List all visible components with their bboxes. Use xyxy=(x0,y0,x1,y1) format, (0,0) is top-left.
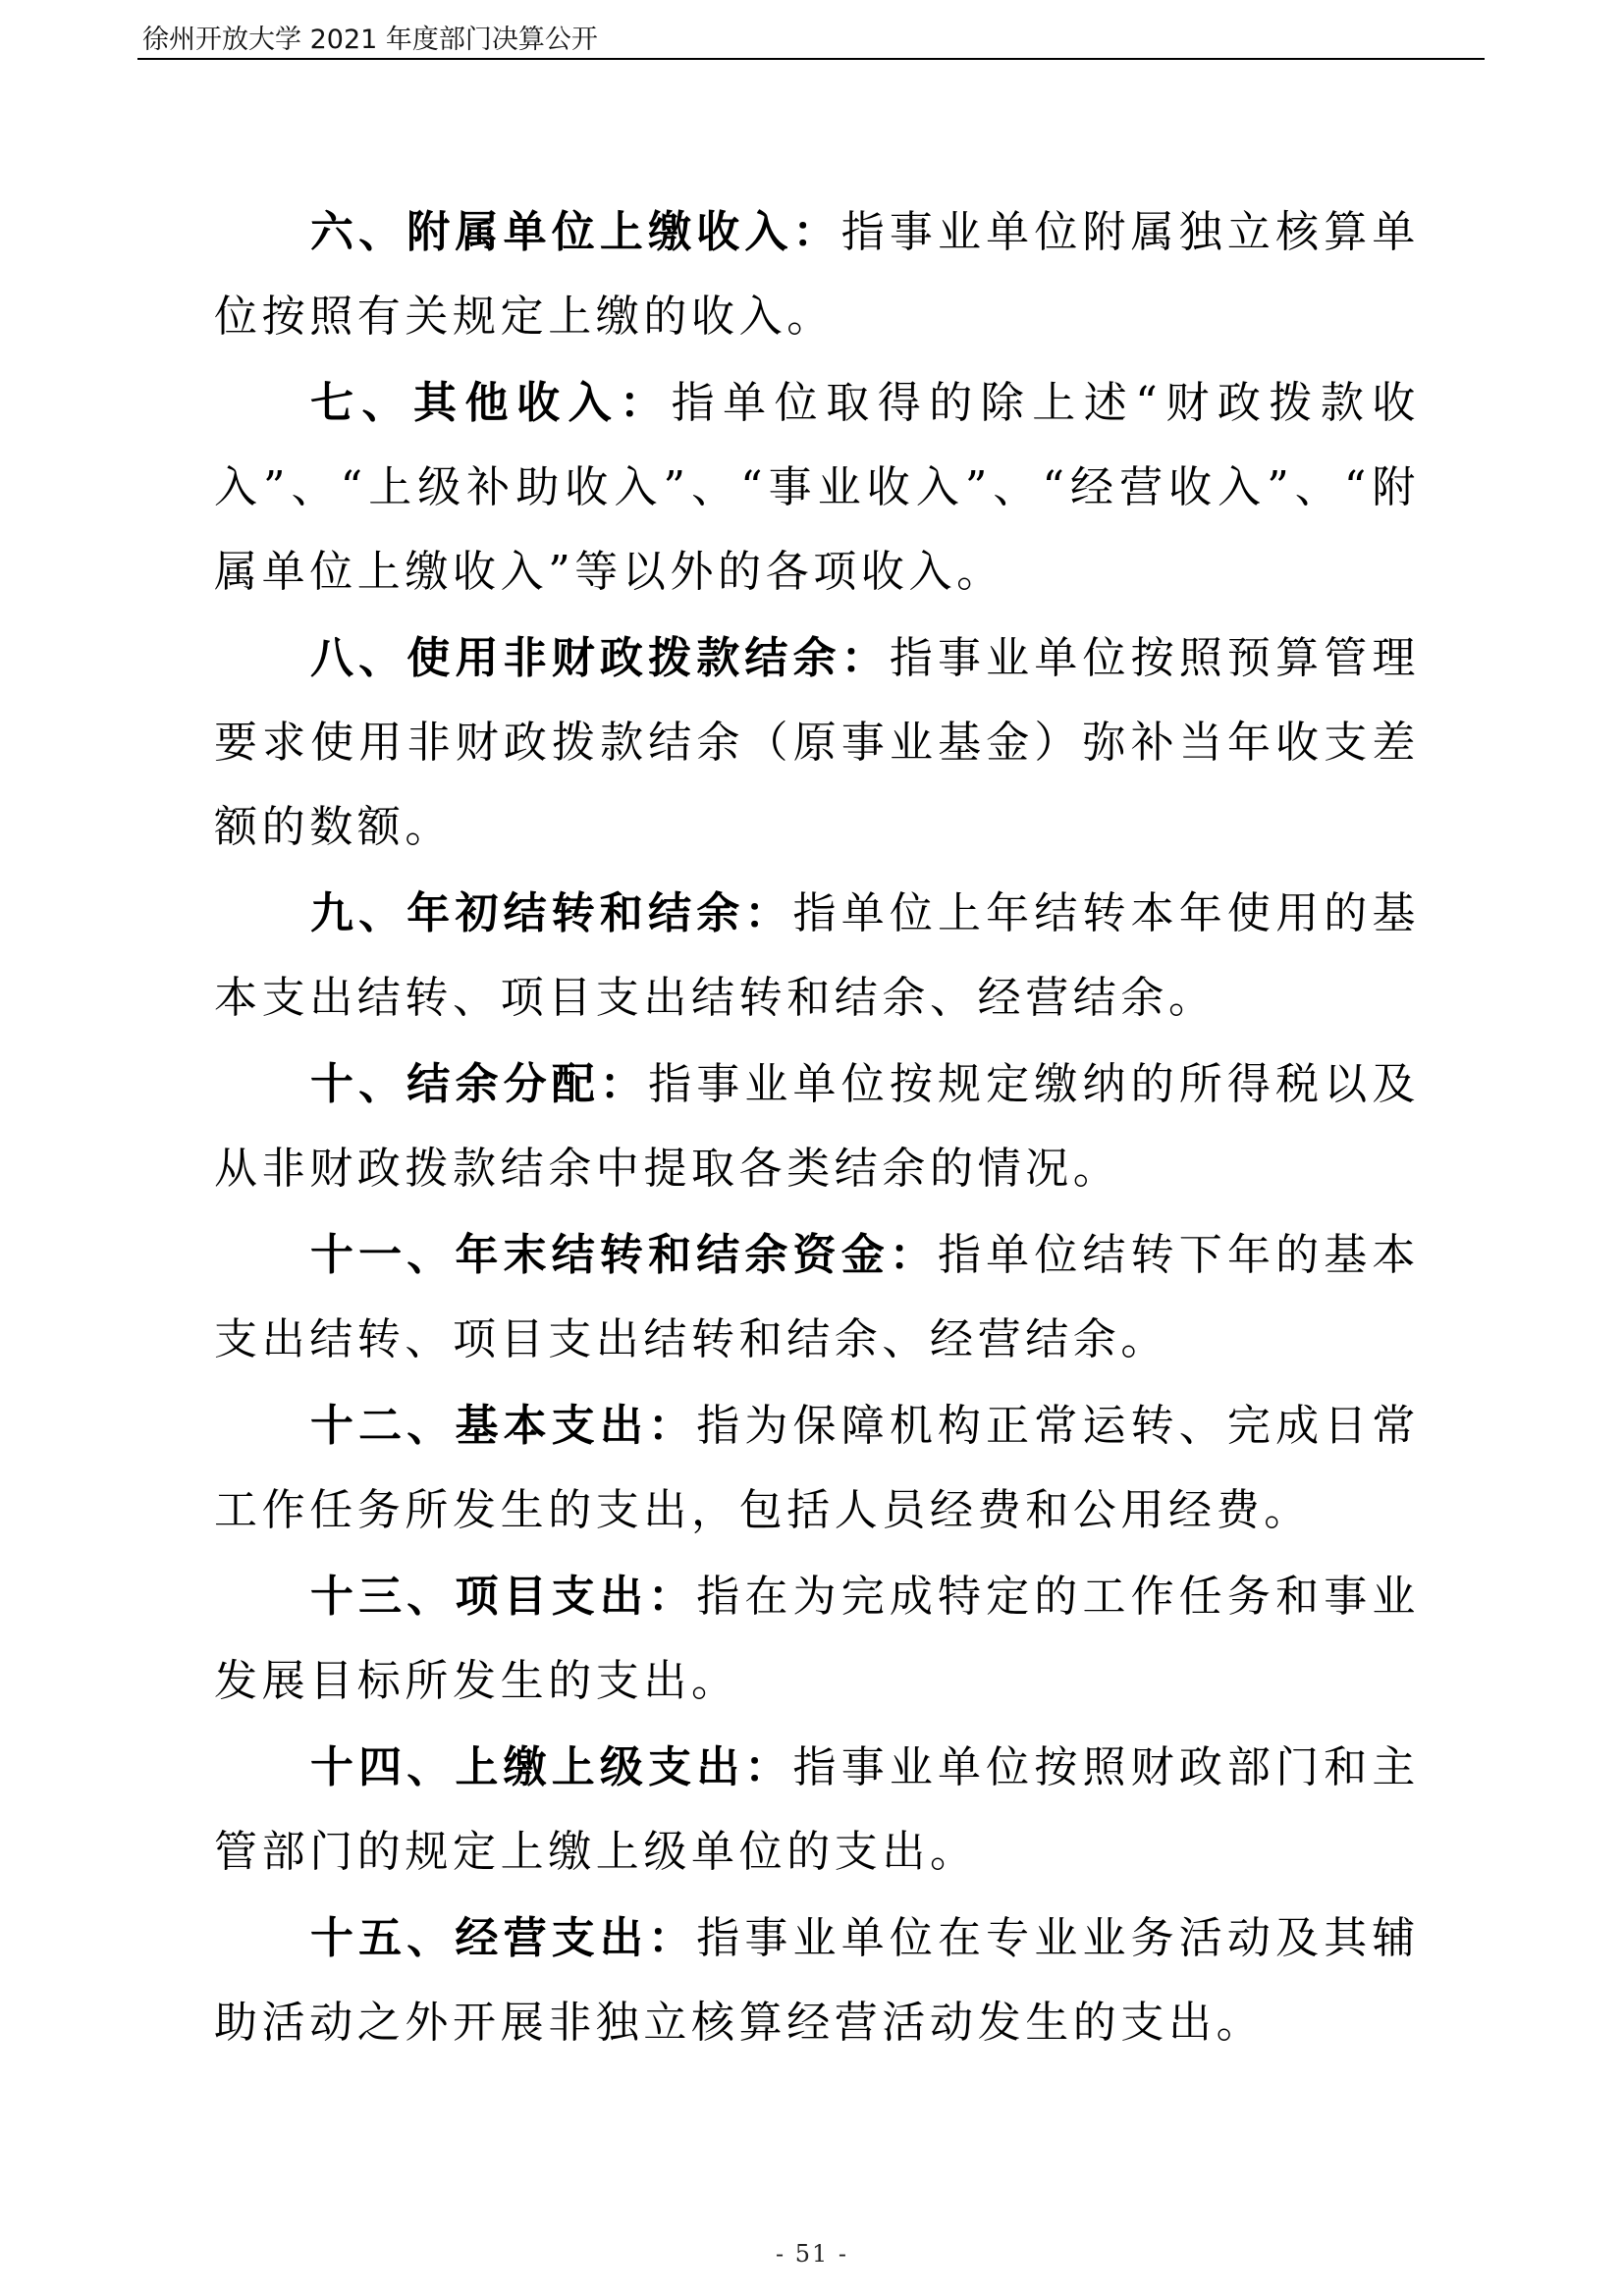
definition-term: 十一、年末结转和结余资金： xyxy=(310,1230,938,1280)
definition-term: 十四、上缴上级支出： xyxy=(310,1742,793,1792)
definition-paragraph: 八、使用非财政拨款结余：指事业单位按照预算管理要求使用非财政拨款结余（原事业基金… xyxy=(214,616,1420,870)
running-header: 徐州开放大学 2021 年度部门决算公开 xyxy=(142,18,598,56)
definition-paragraph: 十五、经营支出：指事业单位在专业业务活动及其辅助活动之外开展非独立核算经营活动发… xyxy=(214,1896,1420,2065)
definition-term: 十三、项目支出： xyxy=(310,1572,696,1622)
definition-paragraph: 九、年初结转和结余：指单位上年结转本年使用的基本支出结转、项目支出结转和结余、经… xyxy=(214,872,1420,1041)
definition-paragraph: 六、附属单位上缴收入：指事业单位附属独立核算单位按照有关规定上缴的收入。 xyxy=(214,190,1420,359)
header-divider xyxy=(137,58,1485,60)
definition-term: 七、其他收入： xyxy=(310,378,672,428)
definition-paragraph: 七、其他收入：指单位取得的除上述“财政拨款收入”、“上级补助收入”、“事业收入”… xyxy=(214,361,1420,614)
definition-term: 六、附属单位上缴收入： xyxy=(310,207,841,257)
definition-paragraph: 十四、上缴上级支出：指事业单位按照财政部门和主管部门的规定上缴上级单位的支出。 xyxy=(214,1726,1420,1895)
definition-term: 九、年初结转和结余： xyxy=(310,888,793,938)
definition-paragraph: 十二、基本支出：指为保障机构正常运转、完成日常工作任务所发生的支出，包括人员经费… xyxy=(214,1384,1420,1553)
definition-term: 八、使用非财政拨款结余： xyxy=(310,633,890,683)
document-body: 六、附属单位上缴收入：指事业单位附属独立核算单位按照有关规定上缴的收入。 七、其… xyxy=(214,190,1420,2065)
definition-term: 十、结余分配： xyxy=(310,1059,648,1109)
definition-term: 十二、基本支出： xyxy=(310,1401,696,1451)
definition-paragraph: 十、结余分配：指事业单位按规定缴纳的所得税以及从非财政拨款结余中提取各类结余的情… xyxy=(214,1042,1420,1211)
definition-paragraph: 十三、项目支出：指在为完成特定的工作任务和事业发展目标所发生的支出。 xyxy=(214,1555,1420,1724)
definition-term: 十五、经营支出： xyxy=(310,1913,696,1963)
page-number: - 51 - xyxy=(0,2240,1624,2268)
definition-paragraph: 十一、年末结转和结余资金：指单位结转下年的基本支出结转、项目支出结转和结余、经营… xyxy=(214,1213,1420,1382)
